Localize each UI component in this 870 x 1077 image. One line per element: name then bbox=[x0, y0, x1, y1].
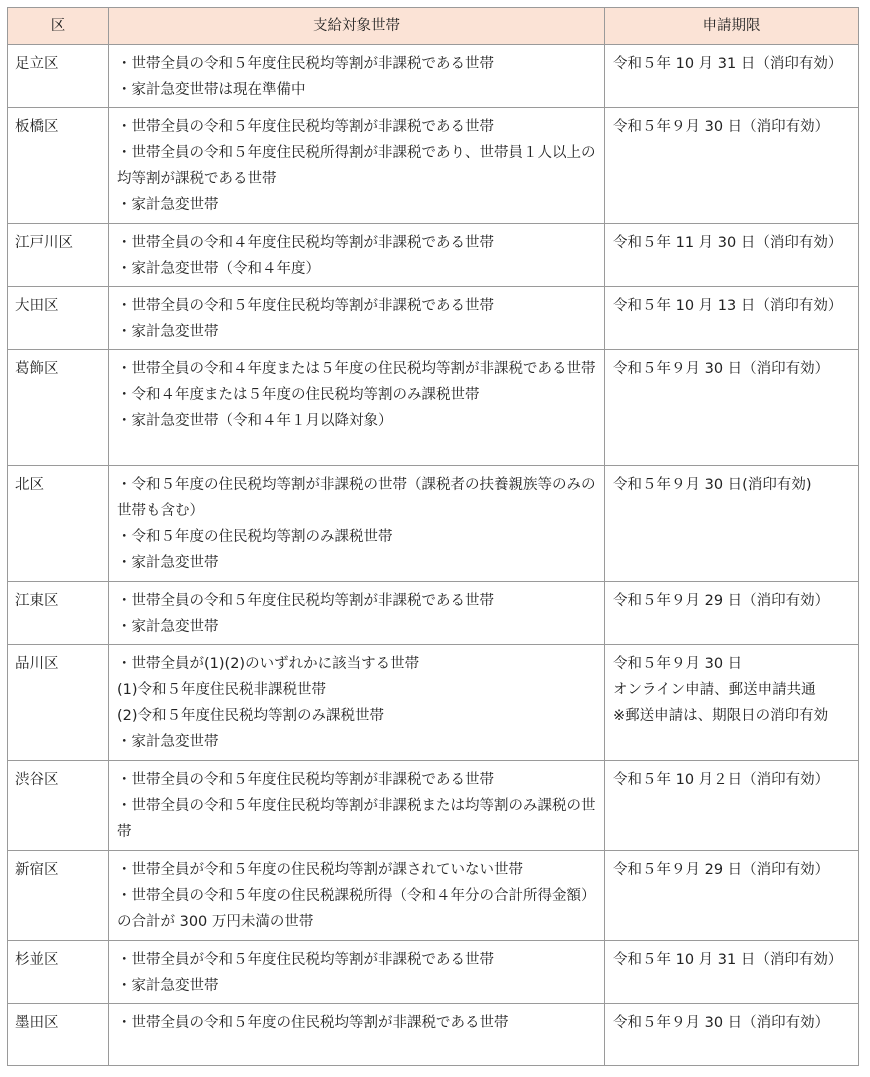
deadline-cell: 令和５年９月 30 日オンライン申請、郵送申請共通※郵送申請は、期限日の消印有効 bbox=[605, 645, 859, 761]
target-household-line: ・世帯全員の令和５年度住民税均等割が非課税である世帯 bbox=[117, 114, 596, 140]
target-household-line: ・世帯全員が令和５年度住民税均等割が非課税である世帯 bbox=[117, 947, 596, 973]
ward-cell: 北区 bbox=[8, 466, 109, 582]
ward-cell: 渋谷区 bbox=[8, 761, 109, 851]
deadline-line: 令和５年９月 30 日（消印有効） bbox=[613, 356, 850, 382]
deadline-line: 令和５年 10 月２日（消印有効） bbox=[613, 767, 850, 793]
benefit-table-container: 区 支給対象世帯 申請期限 足立区・世帯全員の令和５年度住民税均等割が非課税であ… bbox=[7, 7, 858, 1066]
table-row: 渋谷区・世帯全員の令和５年度住民税均等割が非課税である世帯・世帯全員の令和５年度… bbox=[8, 761, 859, 851]
deadline-line: オンライン申請、郵送申請共通 bbox=[613, 677, 850, 703]
deadline-line: 令和５年９月 30 日 bbox=[613, 651, 850, 677]
header-ward: 区 bbox=[8, 8, 109, 45]
deadline-cell: 令和５年 11 月 30 日（消印有効） bbox=[605, 224, 859, 287]
table-row: 足立区・世帯全員の令和５年度住民税均等割が非課税である世帯・家計急変世帯は現在準… bbox=[8, 45, 859, 108]
benefit-eligibility-table: 区 支給対象世帯 申請期限 足立区・世帯全員の令和５年度住民税均等割が非課税であ… bbox=[7, 7, 859, 1066]
target-household-line: ・令和４年度または５年度の住民税均等割のみ課税世帯 bbox=[117, 382, 596, 408]
target-household-line: ・家計急変世帯（令和４年度） bbox=[117, 256, 596, 282]
table-body: 足立区・世帯全員の令和５年度住民税均等割が非課税である世帯・家計急変世帯は現在準… bbox=[8, 45, 859, 1066]
table-row: 杉並区・世帯全員が令和５年度住民税均等割が非課税である世帯・家計急変世帯令和５年… bbox=[8, 941, 859, 1004]
deadline-line: 令和５年 10 月 31 日（消印有効） bbox=[613, 947, 850, 973]
deadline-cell: 令和５年９月 29 日（消印有効） bbox=[605, 851, 859, 941]
deadline-cell: 令和５年９月 30 日(消印有効) bbox=[605, 466, 859, 582]
table-row: 北区・令和５年度の住民税均等割が非課税の世帯（課税者の扶養親族等のみの世帯も含む… bbox=[8, 466, 859, 582]
table-row: 大田区・世帯全員の令和５年度住民税均等割が非課税である世帯・家計急変世帯令和５年… bbox=[8, 287, 859, 350]
table-row: 江東区・世帯全員の令和５年度住民税均等割が非課税である世帯・家計急変世帯令和５年… bbox=[8, 582, 859, 645]
table-row: 新宿区・世帯全員が令和５年度の住民税均等割が課されていない世帯・世帯全員の令和５… bbox=[8, 851, 859, 941]
deadline-line: 令和５年９月 29 日（消印有効） bbox=[613, 588, 850, 614]
deadline-line: 令和５年 10 月 31 日（消印有効） bbox=[613, 51, 850, 77]
target-household-line: ・世帯全員の令和５年度住民税均等割が非課税である世帯 bbox=[117, 588, 596, 614]
table-row: 品川区・世帯全員が(1)(2)のいずれかに該当する世帯(1)令和５年度住民税非課… bbox=[8, 645, 859, 761]
target-households-cell: ・世帯全員の令和５年度住民税均等割が非課税である世帯・家計急変世帯 bbox=[109, 287, 605, 350]
target-household-line: (2)令和５年度住民税均等割のみ課税世帯 bbox=[117, 703, 596, 729]
target-household-line: ・世帯全員の令和５年度住民税均等割が非課税である世帯 bbox=[117, 293, 596, 319]
deadline-line: 令和５年９月 30 日（消印有効） bbox=[613, 1010, 850, 1036]
target-household-line: ・家計急変世帯 bbox=[117, 192, 596, 218]
target-households-cell: ・世帯全員の令和５年度住民税均等割が非課税である世帯・家計急変世帯 bbox=[109, 582, 605, 645]
target-household-line: ・家計急変世帯は現在準備中 bbox=[117, 77, 596, 103]
ward-cell: 江戸川区 bbox=[8, 224, 109, 287]
ward-cell: 葛飾区 bbox=[8, 350, 109, 466]
target-household-line: ・家計急変世帯（令和４年１月以降対象） bbox=[117, 408, 596, 434]
table-header-row: 区 支給対象世帯 申請期限 bbox=[8, 8, 859, 45]
target-households-cell: ・世帯全員が令和５年度住民税均等割が非課税である世帯・家計急変世帯 bbox=[109, 941, 605, 1004]
header-application-deadline: 申請期限 bbox=[605, 8, 859, 45]
target-household-line: ・世帯全員が令和５年度の住民税均等割が課されていない世帯 bbox=[117, 857, 596, 883]
target-households-cell: ・世帯全員の令和５年度住民税均等割が非課税である世帯・家計急変世帯は現在準備中 bbox=[109, 45, 605, 108]
deadline-cell: 令和５年９月 30 日（消印有効） bbox=[605, 1004, 859, 1066]
deadline-cell: 令和５年 10 月 31 日（消印有効） bbox=[605, 941, 859, 1004]
table-row: 板橋区・世帯全員の令和５年度住民税均等割が非課税である世帯・世帯全員の令和５年度… bbox=[8, 108, 859, 224]
deadline-line: 令和５年 10 月 13 日（消印有効） bbox=[613, 293, 850, 319]
deadline-cell: 令和５年９月 30 日（消印有効） bbox=[605, 108, 859, 224]
deadline-line: 令和５年 11 月 30 日（消印有効） bbox=[613, 230, 850, 256]
deadline-cell: 令和５年 10 月 13 日（消印有効） bbox=[605, 287, 859, 350]
target-household-line: ・世帯全員の令和４年度または５年度の住民税均等割が非課税である世帯 bbox=[117, 356, 596, 382]
ward-cell: 大田区 bbox=[8, 287, 109, 350]
deadline-line: ※郵送申請は、期限日の消印有効 bbox=[613, 703, 850, 729]
target-household-line: ・世帯全員の令和５年度住民税均等割が非課税または均等割のみ課税の世帯 bbox=[117, 793, 596, 845]
deadline-cell: 令和５年９月 30 日（消印有効） bbox=[605, 350, 859, 466]
ward-cell: 板橋区 bbox=[8, 108, 109, 224]
target-household-line: ・世帯全員の令和５年度住民税均等割が非課税である世帯 bbox=[117, 767, 596, 793]
target-household-line: ・世帯全員の令和５年度住民税均等割が非課税である世帯 bbox=[117, 51, 596, 77]
ward-cell: 墨田区 bbox=[8, 1004, 109, 1066]
target-household-line: ・家計急変世帯 bbox=[117, 319, 596, 345]
target-household-line: ・世帯全員の令和５年度住民税所得割が非課税であり、世帯員１人以上の均等割が課税で… bbox=[117, 140, 596, 192]
deadline-line: 令和５年９月 30 日（消印有効） bbox=[613, 114, 850, 140]
target-household-line: ・家計急変世帯 bbox=[117, 550, 596, 576]
target-household-line: ・世帯全員の令和５年度の住民税課税所得（令和４年分の合計所得金額）の合計が 30… bbox=[117, 883, 596, 935]
target-household-line: (1)令和５年度住民税非課税世帯 bbox=[117, 677, 596, 703]
table-row: 江戸川区・世帯全員の令和４年度住民税均等割が非課税である世帯・家計急変世帯（令和… bbox=[8, 224, 859, 287]
target-household-line: ・世帯全員が(1)(2)のいずれかに該当する世帯 bbox=[117, 651, 596, 677]
ward-cell: 新宿区 bbox=[8, 851, 109, 941]
target-households-cell: ・世帯全員の令和５年度住民税均等割が非課税である世帯・世帯全員の令和５年度住民税… bbox=[109, 108, 605, 224]
target-household-line: ・令和５年度の住民税均等割のみ課税世帯 bbox=[117, 524, 596, 550]
ward-cell: 江東区 bbox=[8, 582, 109, 645]
deadline-line: 令和５年９月 29 日（消印有効） bbox=[613, 857, 850, 883]
target-households-cell: ・世帯全員が令和５年度の住民税均等割が課されていない世帯・世帯全員の令和５年度の… bbox=[109, 851, 605, 941]
target-household-line: ・令和５年度の住民税均等割が非課税の世帯（課税者の扶養親族等のみの世帯も含む） bbox=[117, 472, 596, 524]
ward-cell: 杉並区 bbox=[8, 941, 109, 1004]
target-households-cell: ・世帯全員の令和４年度または５年度の住民税均等割が非課税である世帯・令和４年度ま… bbox=[109, 350, 605, 466]
target-households-cell: ・世帯全員の令和５年度住民税均等割が非課税である世帯・世帯全員の令和５年度住民税… bbox=[109, 761, 605, 851]
target-household-line: ・家計急変世帯 bbox=[117, 973, 596, 999]
ward-cell: 足立区 bbox=[8, 45, 109, 108]
header-target-households: 支給対象世帯 bbox=[109, 8, 605, 45]
table-row: 葛飾区・世帯全員の令和４年度または５年度の住民税均等割が非課税である世帯・令和４… bbox=[8, 350, 859, 466]
deadline-line: 令和５年９月 30 日(消印有効) bbox=[613, 472, 850, 498]
target-household-line: ・世帯全員の令和５年度の住民税均等割が非課税である世帯 bbox=[117, 1010, 596, 1036]
target-household-line: ・家計急変世帯 bbox=[117, 614, 596, 640]
table-row: 墨田区・世帯全員の令和５年度の住民税均等割が非課税である世帯令和５年９月 30 … bbox=[8, 1004, 859, 1066]
target-households-cell: ・世帯全員が(1)(2)のいずれかに該当する世帯(1)令和５年度住民税非課税世帯… bbox=[109, 645, 605, 761]
target-households-cell: ・世帯全員の令和４年度住民税均等割が非課税である世帯・家計急変世帯（令和４年度） bbox=[109, 224, 605, 287]
target-households-cell: ・令和５年度の住民税均等割が非課税の世帯（課税者の扶養親族等のみの世帯も含む）・… bbox=[109, 466, 605, 582]
deadline-cell: 令和５年 10 月 31 日（消印有効） bbox=[605, 45, 859, 108]
target-household-line: ・家計急変世帯 bbox=[117, 729, 596, 755]
deadline-cell: 令和５年９月 29 日（消印有効） bbox=[605, 582, 859, 645]
deadline-cell: 令和５年 10 月２日（消印有効） bbox=[605, 761, 859, 851]
ward-cell: 品川区 bbox=[8, 645, 109, 761]
target-households-cell: ・世帯全員の令和５年度の住民税均等割が非課税である世帯 bbox=[109, 1004, 605, 1066]
target-household-line: ・世帯全員の令和４年度住民税均等割が非課税である世帯 bbox=[117, 230, 596, 256]
